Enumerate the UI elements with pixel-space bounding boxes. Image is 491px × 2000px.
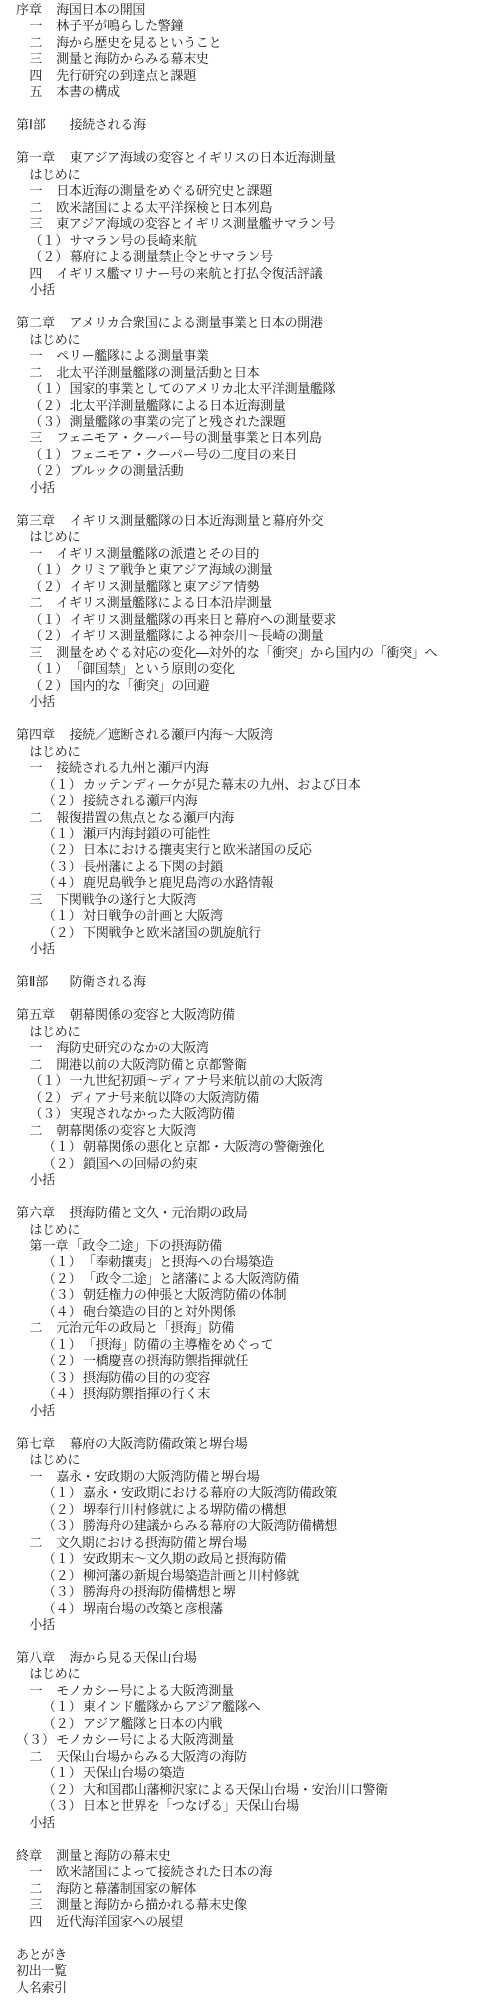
toc-subsection-title: 「御国禁」という原則の変化 — [70, 662, 235, 678]
toc-chapter-title: 接続／遮断される瀬戸内海～大阪湾 — [70, 728, 273, 744]
toc-section-number: 三 — [29, 646, 42, 662]
toc-chapter-number: 第六章 — [16, 1206, 55, 1222]
toc-subsection-title: 幕府による測量禁止令とサマラン号 — [70, 250, 273, 266]
toc-subsection-title: 実現されなかった大阪湾防備 — [70, 1107, 235, 1123]
toc-summary-title: 小括 — [29, 481, 54, 497]
toc-subsection-number: （１） — [29, 662, 68, 678]
toc-subsection-number: （４） — [43, 1602, 82, 1618]
toc-subsection-number: （１） — [43, 1486, 82, 1502]
toc-subsection-number: （２） — [43, 1272, 82, 1288]
toc-chapter-number: 第二章 — [16, 316, 55, 332]
toc-intro-title: はじめに — [29, 1453, 80, 1469]
toc-intro-title: はじめに — [29, 168, 80, 184]
toc-subsection-number: （１） — [43, 1552, 82, 1568]
toc-section-title: 測量と海防からみる幕末史 — [56, 52, 208, 68]
toc-subsection-number: （３） — [43, 1799, 82, 1815]
toc-backmatter-title: あとがき — [16, 1948, 67, 1964]
toc-section-title: イギリス測量艦隊による日本沿岸測量 — [56, 596, 272, 612]
toc-subsection-title: 「奉勅攘夷」と摂海への台場築造 — [83, 1255, 274, 1271]
toc-part-number: 第Ⅰ部 — [16, 118, 46, 134]
toc-section-title: 「政令二途」下の摂海防備 — [70, 1239, 222, 1255]
toc-chapter-title: 摂海防備と文久・元治期の政局 — [70, 1206, 248, 1222]
toc-subsection-number: （１） — [43, 1766, 82, 1782]
toc-subsection-number: （２） — [29, 679, 68, 695]
toc-section-title: 本書の構成 — [56, 85, 120, 101]
toc-part-title: 防衛される海 — [70, 975, 146, 991]
toc-subsection-number: （３） — [43, 1585, 82, 1601]
toc-summary-title: 小括 — [29, 1404, 54, 1420]
toc-section-number: 二 — [29, 1058, 42, 1074]
toc-section-title: モノカシー号による大阪湾測量 — [56, 1684, 234, 1700]
toc-section-number: 三 — [29, 893, 42, 909]
toc-subsection-number: （１） — [43, 1338, 82, 1354]
toc-backmatter-title: 人名索引 — [16, 1981, 67, 1997]
toc-subsection-number: （２） — [43, 1503, 82, 1519]
toc-subsection-title: 瀬戸内海封鎖の可能性 — [83, 827, 210, 843]
toc-subsection-title: 接続される瀬戸内海 — [83, 794, 197, 810]
table-of-contents: 序章海国日本の開国一林子平が鳴らした警鐘二海から歴史を見るということ三測量と海防… — [0, 0, 491, 2000]
toc-chapter-title: 朝幕関係の変容と大阪湾防備 — [70, 1008, 235, 1024]
toc-section-number: 三 — [29, 1898, 42, 1914]
toc-part-number: 第Ⅱ部 — [16, 975, 48, 991]
toc-summary-title: 小括 — [29, 695, 54, 711]
toc-subsection-number: （１） — [43, 909, 82, 925]
toc-section-title: 元治元年の政局と「摂海」防備 — [56, 1321, 234, 1337]
toc-subsection-title: 「政令二途」と諸藩による大阪湾防備 — [83, 1272, 299, 1288]
toc-subsection-title: イギリス測量艦隊と東アジア情勢 — [70, 580, 260, 596]
toc-intro-title: はじめに — [29, 1025, 80, 1041]
toc-subsection-number: （３） — [43, 1519, 82, 1535]
toc-section-title: 報復措置の焦点となる瀬戸内海 — [56, 811, 234, 827]
toc-subsection-title: 摂海防禦指揮の行く末 — [83, 1387, 210, 1403]
toc-subsection-title: 堺奉行川村修就による堺防備の構想 — [83, 1503, 286, 1519]
toc-chapter-title: 幕府の大阪湾防備政策と堺台場 — [70, 1437, 248, 1453]
toc-chapter-number: 第四章 — [16, 728, 55, 744]
toc-section-title: フェニモア・クーパー号の測量事業と日本列島 — [56, 431, 321, 447]
toc-subsection-title: 日本と世界を「つなげる」天保山台場 — [83, 1799, 299, 1815]
toc-section-title: 測量と海防から描かれる幕末史像 — [56, 1898, 247, 1914]
toc-subsection-title: 柳河藩の新規台場築造計画と川村修就 — [83, 1569, 299, 1585]
toc-subsection-title: 鹿児島戦争と鹿児島湾の水路情報 — [83, 876, 274, 892]
toc-section-title: 接続される九州と瀬戸内海 — [56, 761, 208, 777]
toc-subsection-number: （１） — [29, 613, 68, 629]
toc-section-number: 一 — [29, 184, 42, 200]
toc-subsection-title: 東インド艦隊からアジア艦隊へ — [83, 1700, 260, 1716]
toc-subsection-title: 下関戦争と欧米諸国の凱旋航行 — [83, 926, 261, 942]
toc-section-title: 嘉永・安政期の大阪湾防備と堺台場 — [56, 1470, 259, 1486]
toc-subsection-number: （１） — [29, 1074, 68, 1090]
toc-subsection-title: サマラン号の長崎来航 — [70, 234, 197, 250]
toc-subsection-number: （１） — [29, 234, 68, 250]
toc-subsection-title: 勝海舟の摂海防備構想と堺 — [83, 1585, 235, 1601]
toc-section-number: 第一章 — [29, 1239, 68, 1255]
toc-subsection-number: （２） — [43, 1157, 82, 1173]
toc-subsection-number: （２） — [29, 1091, 68, 1107]
toc-section-number: 五 — [29, 85, 42, 101]
toc-subsection-title: 朝廷権力の伸張と大阪湾防備の体制 — [83, 1288, 286, 1304]
toc-section-title: 海防と幕藩制国家の解体 — [56, 1882, 196, 1898]
toc-subsection-number: （２） — [29, 464, 68, 480]
toc-summary-title: 小括 — [29, 1816, 54, 1832]
toc-subsection-number: （２） — [43, 843, 82, 859]
toc-subsection-number: （２） — [43, 794, 82, 810]
toc-section-number: 二 — [29, 1536, 42, 1552]
toc-subsection-number: （２） — [43, 1783, 82, 1799]
toc-subsection-number: （１） — [43, 1140, 82, 1156]
toc-section-title: イギリス測量艦隊の派遣とその目的 — [56, 547, 259, 563]
toc-subsection-title: 勝海舟の建議からみる幕府の大阪湾防備構想 — [83, 1519, 337, 1535]
toc-subsection-number: （１） — [43, 778, 82, 794]
toc-subsection-number: （２） — [29, 250, 68, 266]
toc-subsection-number: （３） — [29, 415, 68, 431]
toc-chapter-number: 第一章 — [16, 151, 55, 167]
toc-section-number: 一 — [29, 547, 42, 563]
toc-intro-title: はじめに — [29, 1667, 80, 1683]
toc-intro-title: はじめに — [29, 530, 80, 546]
toc-section-title: 測量をめぐる対応の変化―対外的な「衝突」から国内の「衝突」へ — [56, 646, 437, 662]
toc-section-number: 二 — [29, 36, 42, 52]
toc-chapter-title: 東アジア海域の変容とイギリスの日本近海測量 — [70, 151, 336, 167]
toc-backmatter-title: 初出一覧 — [16, 1964, 67, 1980]
toc-subsection-number: （２） — [43, 1569, 82, 1585]
toc-subsection-title: カッテンディーケが見た幕末の九州、および日本 — [83, 778, 361, 794]
toc-subsection-title: 長州藩による下関の封鎖 — [83, 860, 223, 876]
toc-subsection-number: （４） — [43, 876, 82, 892]
toc-chapter-number: 終章 — [16, 1849, 42, 1865]
toc-subsection-title: 鎖国への回帰の約束 — [83, 1157, 197, 1173]
toc-subsection-title: 朝幕関係の悪化と京都・大阪湾の警衛強化 — [83, 1140, 324, 1156]
toc-subsection-number: （２） — [29, 399, 68, 415]
toc-section-number: 二 — [29, 1882, 42, 1898]
toc-intro-title: はじめに — [29, 1223, 80, 1239]
toc-subsection-title: 安政期末～文久期の政局と摂海防備 — [83, 1552, 286, 1568]
toc-section-number: 一 — [29, 1865, 42, 1881]
toc-subsection-title: クリミア戦争と東アジア海域の測量 — [70, 563, 273, 579]
toc-section-title: 天保山台場からみる大阪湾の海防 — [56, 1750, 247, 1766]
toc-subsection-title: 日本における攘夷実行と欧米諸国の反応 — [83, 843, 312, 859]
toc-section-number: 四 — [29, 1915, 42, 1931]
toc-subsection-title: ブルックの測量活動 — [70, 464, 184, 480]
toc-subsection-title: 天保山台場の築造 — [83, 1766, 185, 1782]
toc-section-title: ペリー艦隊による測量事業 — [56, 349, 208, 365]
toc-subsection-title: 堺南台場の改築と彦根藩 — [83, 1602, 223, 1618]
toc-chapter-number: 第三章 — [16, 514, 55, 530]
toc-section-number: 二 — [29, 596, 42, 612]
toc-subsection-title: イギリス測量艦隊の再来日と幕府への測量要求 — [70, 613, 336, 629]
toc-section-title: 文久期における摂海防備と堺台場 — [56, 1536, 247, 1552]
toc-part-title: 接続される海 — [70, 118, 146, 134]
toc-subsection-number: （１） — [29, 563, 68, 579]
toc-section-number: 二 — [29, 366, 42, 382]
toc-subsection-number: （１） — [43, 1700, 82, 1716]
toc-chapter-title: 海国日本の開国 — [56, 3, 145, 19]
toc-section-title: 朝幕関係の変容と大阪湾 — [56, 1124, 196, 1140]
toc-section-number: 四 — [29, 69, 42, 85]
toc-section-number: 三 — [29, 217, 42, 233]
toc-subsection-title: 国内的な「衝突」の回避 — [70, 679, 210, 695]
toc-subsection-number: （３） — [29, 1107, 68, 1123]
toc-section-title: 北太平洋測量艦隊の測量活動と日本 — [56, 366, 259, 382]
toc-subsection-number: （２） — [43, 1717, 82, 1733]
toc-section-number: 一 — [29, 761, 42, 777]
toc-subsection-title: 対日戦争の計画と大阪湾 — [83, 909, 223, 925]
toc-section-number: 四 — [29, 267, 42, 283]
toc-subsection-number: （３） — [43, 1371, 82, 1387]
toc-section-number: 三 — [29, 431, 42, 447]
toc-section-number: 二 — [29, 201, 42, 217]
toc-chapter-title: イギリス測量艦隊の日本近海測量と幕府外交 — [70, 514, 324, 530]
toc-subsection-title: 嘉永・安政期における幕府の大阪湾防備政策 — [83, 1486, 337, 1502]
toc-subsection-number: （３） — [43, 860, 82, 876]
toc-section-title: 先行研究の到達点と課題 — [56, 69, 196, 85]
toc-intro-title: はじめに — [29, 333, 80, 349]
toc-subsection-number: （１） — [29, 448, 68, 464]
toc-subsection-title: 摂海防備の目的の変容 — [83, 1371, 210, 1387]
toc-chapter-title: 測量と海防の幕末史 — [56, 1849, 170, 1865]
toc-subsection-number: （２） — [43, 1354, 82, 1370]
toc-section-title: 海防史研究のなかの大阪湾 — [56, 1041, 208, 1057]
toc-section-number: 一 — [29, 1041, 42, 1057]
toc-section-title: 海から歴史を見るということ — [56, 36, 221, 52]
toc-summary-title: 小括 — [29, 283, 54, 299]
toc-subsection-number: （２） — [29, 580, 68, 596]
toc-subsection-title: イギリス測量艦隊による神奈川～長崎の測量 — [70, 629, 324, 645]
toc-section-number: 一 — [29, 1470, 42, 1486]
toc-section-number: 二 — [29, 1321, 42, 1337]
toc-section-number: 一 — [29, 349, 42, 365]
toc-subsection-number: （４） — [43, 1387, 82, 1403]
toc-chapter-number: 第七章 — [16, 1437, 55, 1453]
toc-section-title: 欧米諸国による太平洋探検と日本列島 — [56, 201, 272, 217]
toc-subsection-title: ディアナ号来航以降の大阪湾防備 — [70, 1091, 259, 1107]
toc-subsection-title: 一橋慶喜の摂海防禦指揮就任 — [83, 1354, 248, 1370]
toc-subsection-number: （２） — [29, 629, 68, 645]
toc-section-title: 開港以前の大阪湾防備と京都警衛 — [56, 1058, 247, 1074]
toc-subsection-number: （２） — [43, 926, 82, 942]
toc-section-title: 東アジア海域の変容とイギリス測量艦サマラン号 — [56, 217, 335, 233]
toc-subsection-number: （１） — [43, 827, 82, 843]
toc-intro-title: はじめに — [29, 745, 80, 761]
toc-section-title: イギリス艦マリナー号の来航と打払令復活評議 — [56, 267, 322, 283]
toc-section-title: 下関戦争の遂行と大阪湾 — [56, 893, 196, 909]
toc-subsection-title: 大和国郡山藩柳沢家による天保山台場・安治川口警衛 — [83, 1783, 388, 1799]
toc-chapter-title: アメリカ合衆国による測量事業と日本の開港 — [70, 316, 323, 332]
toc-summary-title: 小括 — [29, 942, 54, 958]
toc-subsection-number: （３） — [16, 1733, 55, 1749]
toc-chapter-number: 第五章 — [16, 1008, 55, 1024]
toc-section-number: 二 — [29, 1124, 42, 1140]
toc-subsection-number: （１） — [29, 382, 68, 398]
toc-section-title: 欧米諸国によって接続された日本の海 — [56, 1865, 272, 1881]
toc-subsection-number: （４） — [43, 1305, 82, 1321]
toc-subsection-title: 一九世紀初頭～ディアナ号来航以前の大阪湾 — [70, 1074, 323, 1090]
toc-summary-title: 小括 — [29, 1173, 54, 1189]
toc-section-number: 一 — [29, 19, 42, 35]
toc-subsection-title: 砲台築造の目的と対外関係 — [83, 1305, 235, 1321]
toc-section-title: 近代海洋国家への展望 — [56, 1915, 183, 1931]
toc-subsection-number: （１） — [43, 1255, 82, 1271]
toc-subsection-title: フェニモア・クーパー号の二度目の来日 — [70, 448, 297, 464]
toc-section-title: 日本近海の測量をめぐる研究史と課題 — [56, 184, 272, 200]
toc-section-number: 二 — [29, 811, 42, 827]
toc-subsection-title: 測量艦隊の事業の完了と残された課題 — [70, 415, 286, 431]
toc-subsection-title: 北太平洋測量艦隊による日本近海測量 — [70, 399, 286, 415]
toc-section-number: 三 — [29, 52, 42, 68]
toc-subsection-title: モノカシー号による大阪湾測量 — [56, 1733, 234, 1749]
toc-chapter-title: 海から見る天保山台場 — [70, 1651, 197, 1667]
toc-subsection-title: 国家的事業としてのアメリカ北太平洋測量艦隊 — [70, 382, 336, 398]
toc-subsection-title: 「摂海」防備の主導権をめぐって — [83, 1338, 273, 1354]
toc-chapter-number: 序章 — [16, 3, 42, 19]
toc-subsection-number: （３） — [43, 1288, 82, 1304]
toc-section-number: 二 — [29, 1750, 42, 1766]
toc-chapter-number: 第八章 — [16, 1651, 55, 1667]
toc-section-title: 林子平が鳴らした警鐘 — [56, 19, 183, 35]
toc-section-number: 一 — [29, 1684, 42, 1700]
toc-summary-title: 小括 — [29, 1618, 54, 1634]
toc-subsection-title: アジア艦隊と日本の内戦 — [83, 1717, 222, 1733]
